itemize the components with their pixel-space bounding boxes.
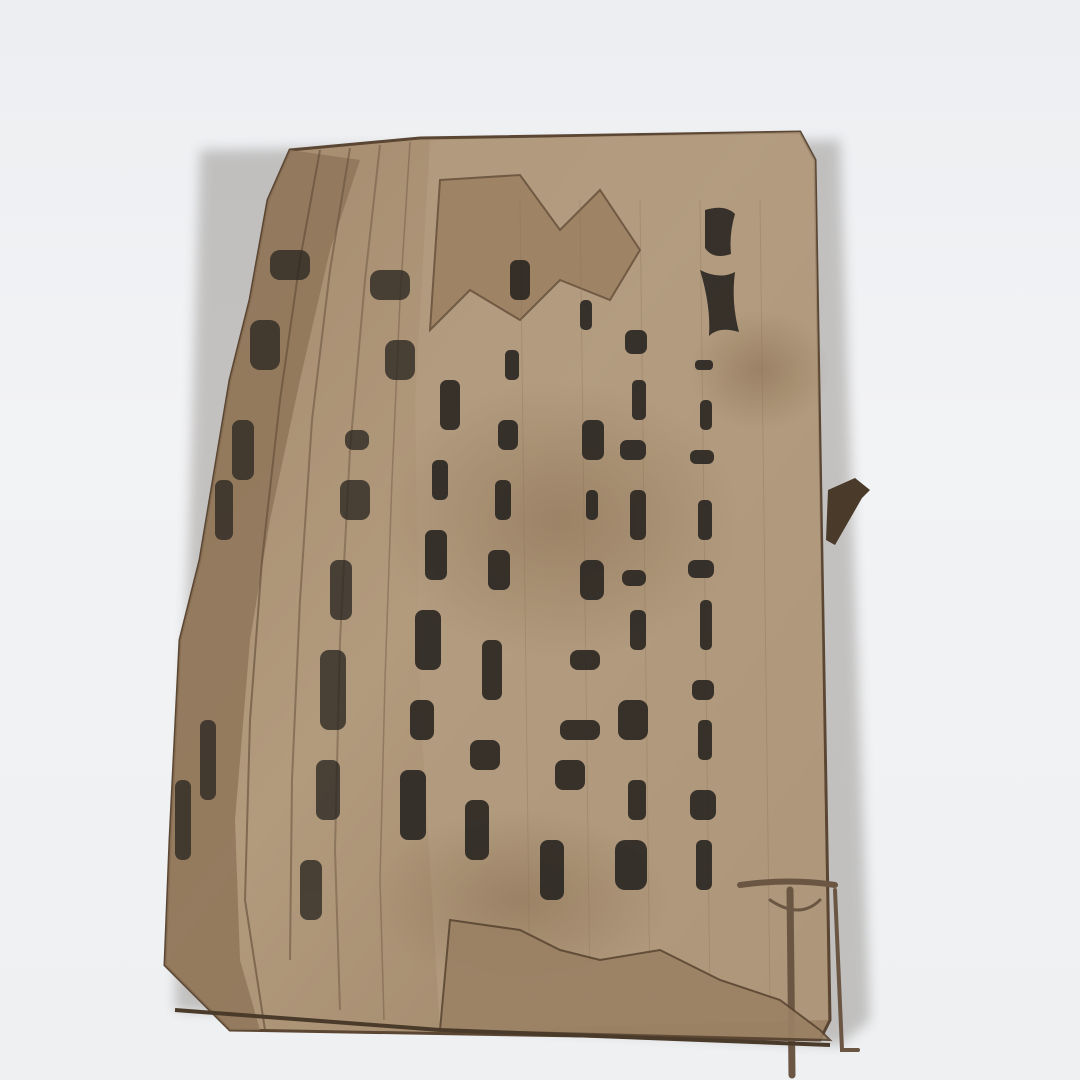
manuscript-book xyxy=(0,0,1080,1080)
photo-scene: Photograph of an old, worn Japanese hand… xyxy=(0,0,1080,1080)
